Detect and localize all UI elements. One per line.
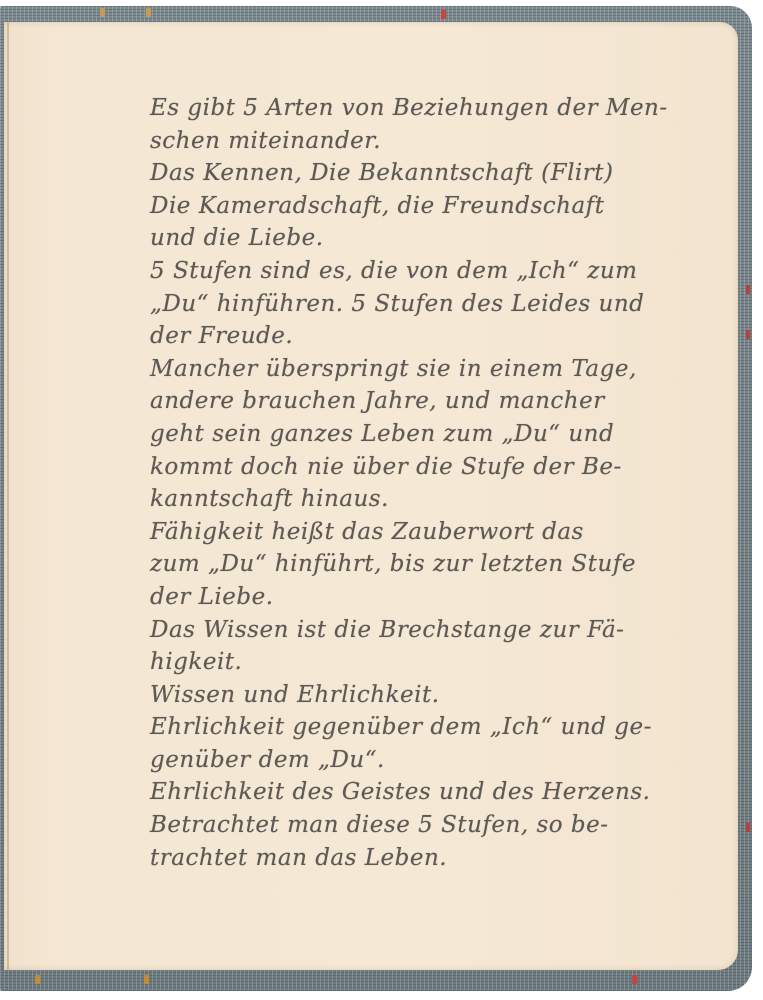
text-line: geht sein ganzes Leben zum „Du“ und <box>150 418 740 451</box>
text-line: Ehrlichkeit gegenüber dem „Ich“ und ge- <box>150 711 740 744</box>
text-line: Es gibt 5 Arten von Beziehungen der Men- <box>150 92 740 125</box>
text-line: genüber dem „Du“. <box>150 744 740 777</box>
text-line: schen miteinander. <box>150 125 740 158</box>
text-line: der Freude. <box>150 320 740 353</box>
text-line: Betrachtet man diese 5 Stufen, so be- <box>150 809 740 842</box>
text-line: der Liebe. <box>150 581 740 614</box>
text-line: kommt doch nie über die Stufe der Be- <box>150 451 740 484</box>
bleed-through-text <box>164 74 544 94</box>
text-line: higkeit. <box>150 646 740 679</box>
text-line: Mancher überspringt sie in einem Tage, <box>150 353 740 386</box>
text-line: trachtet man das Leben. <box>150 842 740 875</box>
text-line: Ehrlichkeit des Geistes und des Herzens. <box>150 776 740 809</box>
text-line: Das Wissen ist die Brechstange zur Fä- <box>150 614 740 647</box>
text-line: kanntschaft hinaus. <box>150 483 740 516</box>
handwritten-text: Es gibt 5 Arten von Beziehungen der Men-… <box>150 92 740 874</box>
text-line: 5 Stufen sind es, die von dem „Ich“ zum <box>150 255 740 288</box>
text-line: und die Liebe. <box>150 222 740 255</box>
text-line: zum „Du“ hinführt, bis zur letzten Stufe <box>150 548 740 581</box>
text-line: andere brauchen Jahre, und mancher <box>150 385 740 418</box>
text-line: „Du“ hinführen. 5 Stufen des Leides und <box>150 288 740 321</box>
text-line: Die Kameradschaft, die Freundschaft <box>150 190 740 223</box>
text-line: Wissen und Ehrlichkeit. <box>150 679 740 712</box>
text-line: Fähigkeit heißt das Zauberwort das <box>150 516 740 549</box>
text-line: Das Kennen, Die Bekanntschaft (Flirt) <box>150 157 740 190</box>
